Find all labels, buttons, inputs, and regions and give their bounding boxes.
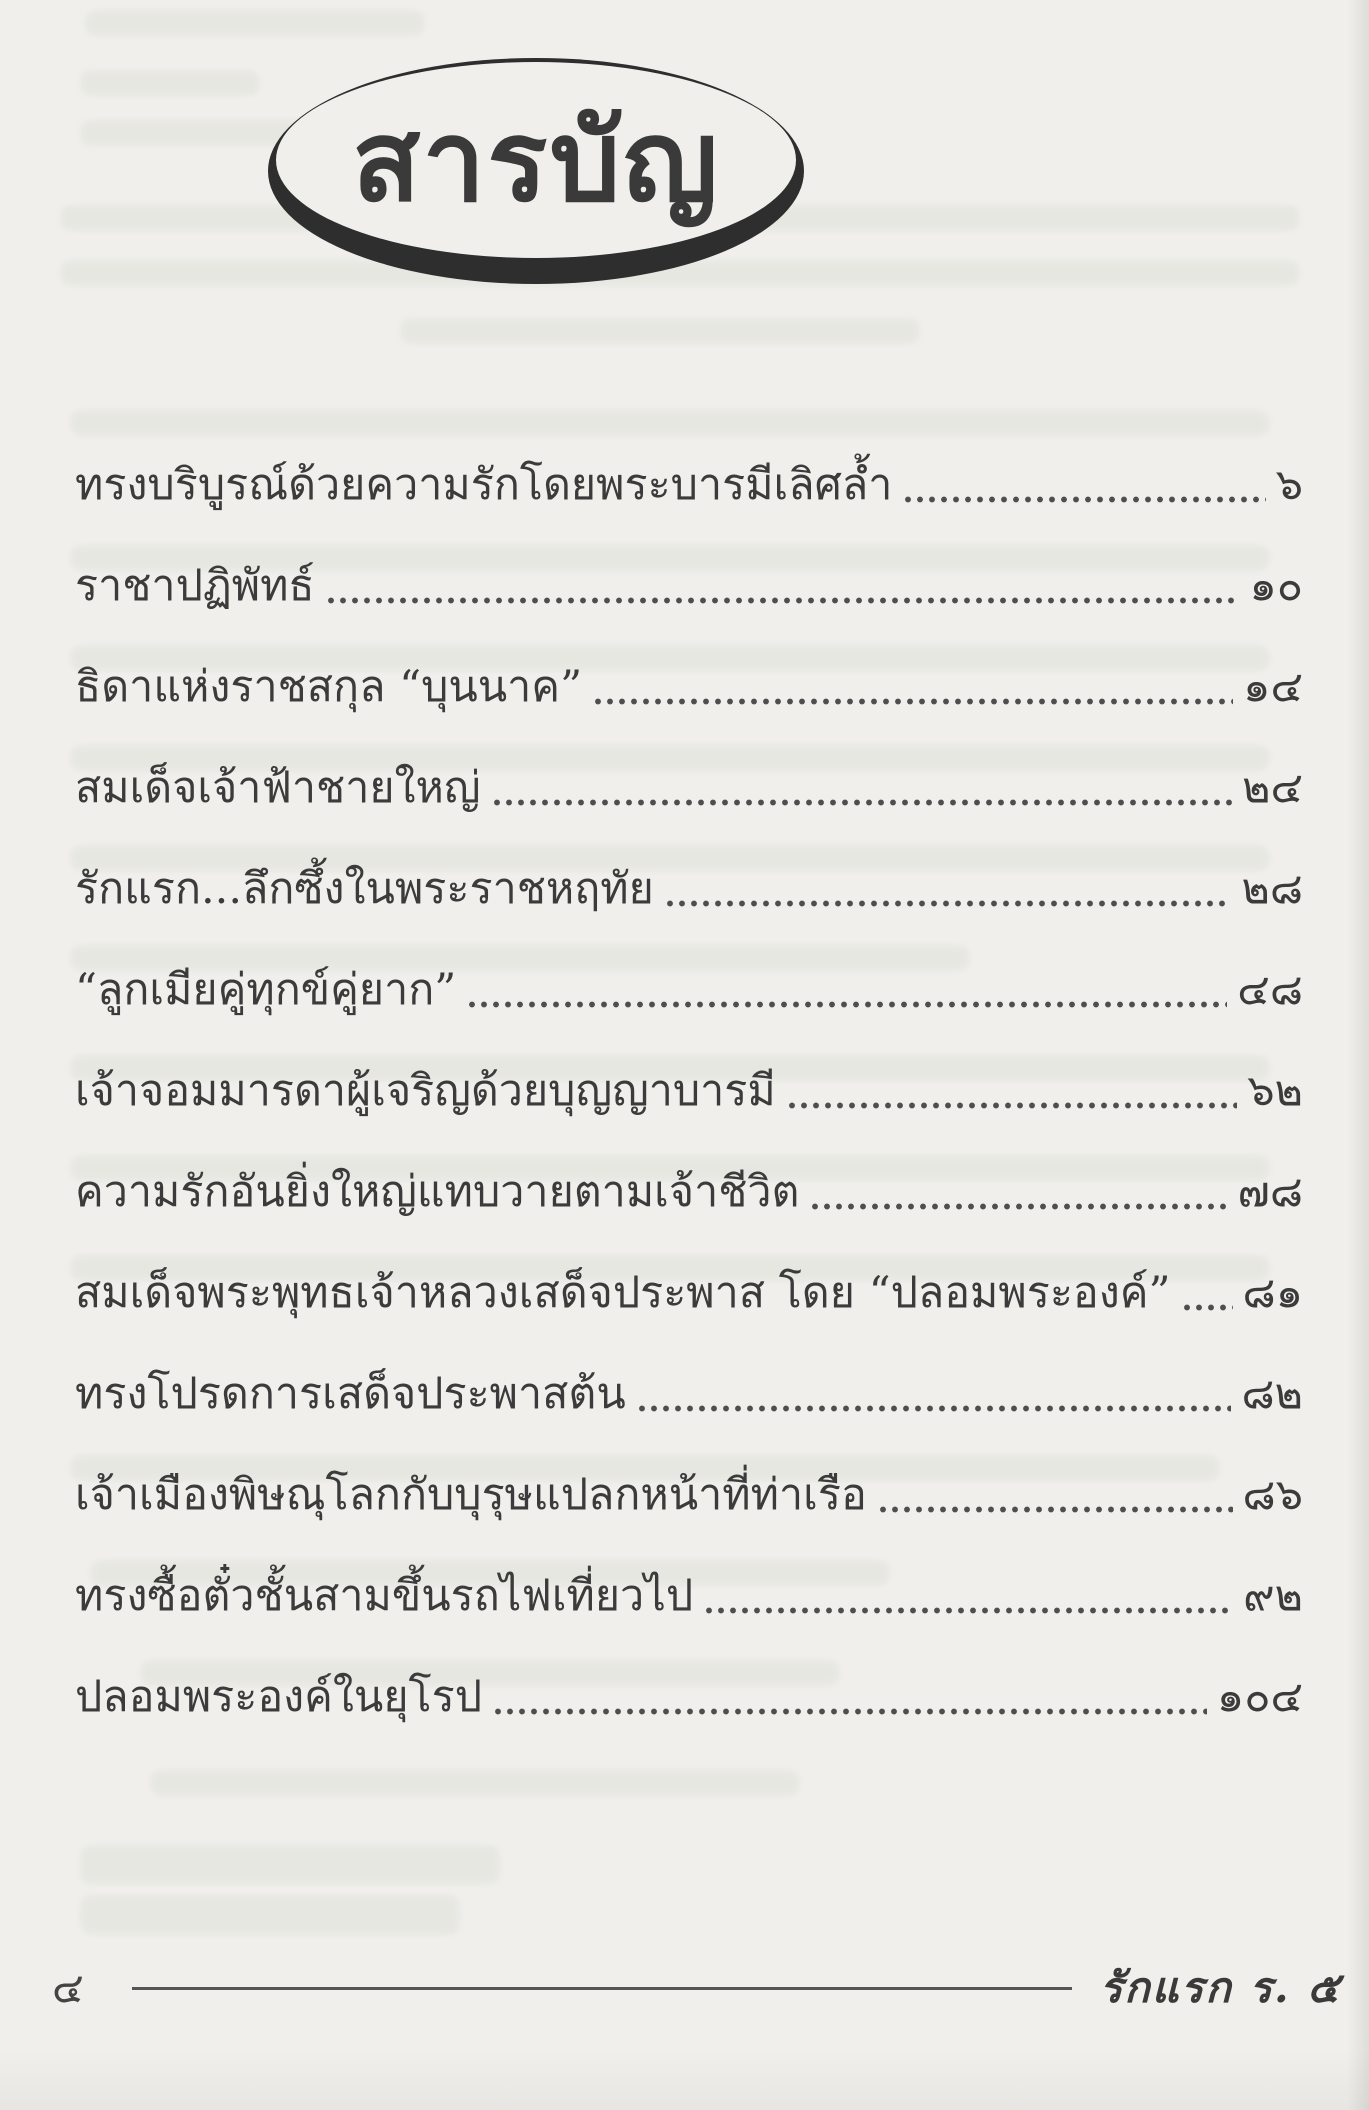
- toc-entry-title: ปลอมพระองค์ในยุโรป: [75, 1668, 482, 1726]
- toc-page-number: ๒๘: [1241, 860, 1303, 918]
- toc-row: ปลอมพระองค์ในยุโรป ๑๐๔: [75, 1664, 1303, 1726]
- bleed-through-artifact: [85, 10, 425, 36]
- toc-entry-title: “ลูกเมียคู่ทุกข์คู่ยาก”: [75, 961, 456, 1019]
- book-page: สารบัญ ทรงบริบูรณ์ด้วยความรักโดยพระบารมี…: [0, 0, 1369, 2110]
- bleed-through-artifact: [80, 70, 260, 96]
- toc-entry-title: สมเด็จพระพุทธเจ้าหลวงเสด็จประพาส โดย “ปล…: [75, 1264, 1171, 1322]
- toc-row: รักแรก...ลึกซึ้งในพระราชหฤทัย ๒๘: [75, 856, 1303, 918]
- folio-page-number: ๔: [52, 1955, 84, 2021]
- toc-row: ราชาปฏิพัทธ์ ๑๐: [75, 553, 1303, 615]
- table-of-contents: ทรงบริบูรณ์ด้วยความรักโดยพระบารมีเลิศล้ำ…: [75, 452, 1303, 1765]
- toc-page-number: ๑๐: [1249, 557, 1303, 615]
- bleed-through-artifact: [80, 1845, 500, 1885]
- toc-dotted-leader: [327, 596, 1240, 605]
- toc-entry-title: สมเด็จเจ้าฟ้าชายใหญ่: [75, 759, 481, 817]
- toc-dotted-leader: [468, 1000, 1227, 1009]
- toc-dotted-leader: [904, 495, 1265, 504]
- toc-row: “ลูกเมียคู่ทุกข์คู่ยาก” ๔๘: [75, 957, 1303, 1019]
- toc-row: สมเด็จพระพุทธเจ้าหลวงเสด็จประพาส โดย “ปล…: [75, 1260, 1303, 1322]
- toc-row: สมเด็จเจ้าฟ้าชายใหญ่ ๒๔: [75, 755, 1303, 817]
- toc-entry-title: รักแรก...ลึกซึ้งในพระราชหฤทัย: [75, 860, 654, 918]
- toc-page-number: ๙๒: [1243, 1567, 1303, 1625]
- footer-book-title: รักแรก ร. ๕: [1100, 1955, 1341, 2021]
- toc-entry-title: ทรงซื้อตั๋วชั้นสามขึ้นรถไฟเที่ยวไป: [75, 1567, 693, 1625]
- toc-row: ธิดาแห่งราชสกุล “บุนนาค” ๑๔: [75, 654, 1303, 716]
- toc-dotted-leader: [638, 1404, 1232, 1413]
- toc-page-number: ๑๔: [1243, 658, 1303, 716]
- toc-row: ทรงบริบูรณ์ด้วยความรักโดยพระบารมีเลิศล้ำ…: [75, 452, 1303, 514]
- toc-dotted-leader: [879, 1505, 1233, 1514]
- toc-dotted-leader: [811, 1202, 1227, 1211]
- title-oval: สารบัญ: [268, 58, 804, 284]
- toc-page-number: ๗๘: [1237, 1163, 1303, 1221]
- toc-entry-title: เจ้าจอมมารดาผู้เจริญด้วยบุญญาบารมี: [75, 1062, 776, 1120]
- toc-entry-title: ราชาปฏิพัทธ์: [75, 557, 315, 615]
- toc-page-number: ๒๔: [1242, 759, 1303, 817]
- toc-row: ความรักอันยิ่งใหญ่แทบวายตามเจ้าชีวิต ๗๘: [75, 1159, 1303, 1221]
- toc-entry-title: ทรงบริบูรณ์ด้วยความรักโดยพระบารมีเลิศล้ำ: [75, 456, 892, 514]
- toc-dotted-leader: [705, 1606, 1233, 1615]
- bleed-through-artifact: [80, 1895, 460, 1935]
- toc-dotted-leader: [594, 697, 1233, 706]
- toc-dotted-leader: [1183, 1303, 1233, 1312]
- toc-dotted-leader: [666, 899, 1232, 908]
- toc-row: ทรงโปรดการเสด็จประพาสต้น ๘๒: [75, 1361, 1303, 1423]
- toc-entry-title: เจ้าเมืองพิษณุโลกกับบุรุษแปลกหน้าที่ท่าเ…: [75, 1466, 867, 1524]
- toc-row: เจ้าจอมมารดาผู้เจริญด้วยบุญญาบารมี ๖๒: [75, 1058, 1303, 1120]
- toc-page-number: ๖: [1276, 456, 1303, 514]
- toc-entry-title: ความรักอันยิ่งใหญ่แทบวายตามเจ้าชีวิต: [75, 1163, 799, 1221]
- bleed-through-artifact: [70, 410, 1270, 436]
- toc-page-number: ๘๖: [1243, 1466, 1303, 1524]
- page-title: สารบัญ: [268, 48, 804, 274]
- toc-page-number: ๘๑: [1243, 1264, 1303, 1322]
- page-footer: ๔ รักแรก ร. ๕: [52, 1955, 1341, 2021]
- footer-rule: [132, 1987, 1072, 1990]
- toc-entry-title: ธิดาแห่งราชสกุล “บุนนาค”: [75, 658, 582, 716]
- toc-dotted-leader: [494, 1707, 1207, 1716]
- toc-dotted-leader: [788, 1101, 1238, 1110]
- toc-page-number: ๑๐๔: [1217, 1668, 1303, 1726]
- toc-row: ทรงซื้อตั๋วชั้นสามขึ้นรถไฟเที่ยวไป ๙๒: [75, 1563, 1303, 1625]
- toc-dotted-leader: [493, 798, 1233, 807]
- toc-page-number: ๖๒: [1247, 1062, 1303, 1120]
- bleed-through-artifact: [150, 1770, 800, 1796]
- toc-row: เจ้าเมืองพิษณุโลกกับบุรุษแปลกหน้าที่ท่าเ…: [75, 1462, 1303, 1524]
- toc-entry-title: ทรงโปรดการเสด็จประพาสต้น: [75, 1365, 626, 1423]
- bleed-through-artifact: [400, 318, 920, 344]
- toc-page-number: ๘๒: [1241, 1365, 1303, 1423]
- toc-page-number: ๔๘: [1237, 961, 1303, 1019]
